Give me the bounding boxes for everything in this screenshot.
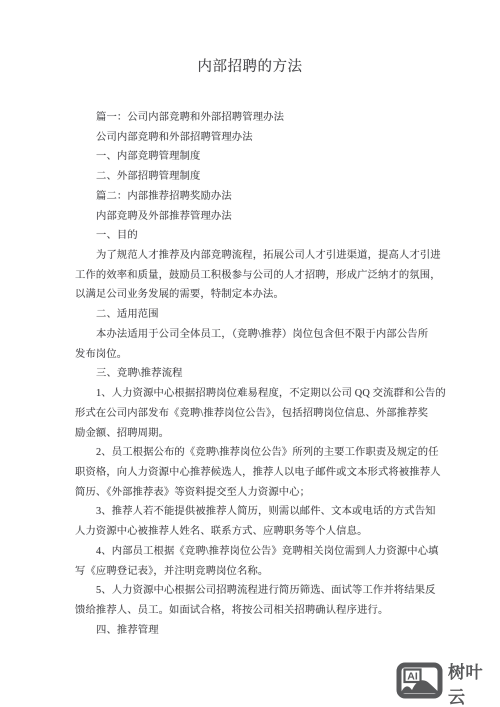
document-line: 励金额、招聘周期。 — [75, 424, 440, 444]
document-line: 以满足公司业务发展的需要，特制定本办法。 — [75, 285, 440, 305]
document-line: 工作的效率和质量，鼓励员工积极参与公司的人才招聘，形成广泛纳才的氛围， — [75, 266, 440, 286]
document-title: 内部招聘的方法 — [0, 55, 500, 76]
document-line: 1、人力资源中心根据招聘岗位难易程度，不定期以公司 QQ 交流群和公告的 — [75, 384, 440, 404]
document-line: 三、竞聘\推荐流程 — [75, 364, 440, 384]
brand-name: 树叶云 — [448, 658, 500, 707]
document-line: 二、适用范围 — [75, 305, 440, 325]
document-line: 4、内部员工根据《竞聘\推荐岗位公告》竞聘相关岗位需到人力资源中心填 — [75, 542, 440, 562]
document-line: 写《应聘登记表》，并注明竞聘岗位名称。 — [75, 562, 440, 582]
document-line: 2、员工根据公布的《竞聘\推荐岗位公告》所列的主要工作职责及规定的任 — [75, 443, 440, 463]
document-line: 一、目的 — [75, 226, 440, 246]
document-page: 内部招聘的方法 篇一：公司内部竞聘和外部招聘管理办法公司内部竞聘和外部招聘管理办… — [0, 0, 500, 707]
document-line: 5、人力资源中心根据公司招聘流程进行简历筛选、面试等工作并将结果反 — [75, 581, 440, 601]
document-line: 四、推荐管理 — [75, 621, 440, 641]
document-line: 内部竞聘及外部推荐管理办法 — [75, 207, 440, 227]
document-line: 公司内部竞聘和外部招聘管理办法 — [75, 128, 440, 148]
document-line: 馈给推荐人、员工。如面试合格，将按公司相关招聘确认程序进行。 — [75, 601, 440, 621]
document-line: 3、推荐人若不能提供被推荐人简历，则需以邮件、文本或电话的方式告知 — [75, 502, 440, 522]
document-body: 篇一：公司内部竞聘和外部招聘管理办法公司内部竞聘和外部招聘管理办法一、内部竞聘管… — [75, 108, 440, 640]
document-line: 本办法适用于公司全体员工，（竞聘\推荐）岗位包含但不限于内部公告所 — [75, 325, 440, 345]
document-line: 篇二：内部推荐招聘奖励办法 — [75, 187, 440, 207]
ai-image-icon: AI — [396, 662, 443, 704]
document-line: 为了规范人才推荐及内部竞聘流程，拓展公司人才引进渠道，提高人才引进 — [75, 246, 440, 266]
document-line: 二、外部招聘管理制度 — [75, 167, 440, 187]
svg-text:AI: AI — [407, 671, 418, 683]
document-line: 职资格，向人力资源中心推荐候选人，推荐人以电子邮件或文本形式将被推荐人 — [75, 463, 440, 483]
document-line: 篇一：公司内部竞聘和外部招聘管理办法 — [75, 108, 440, 128]
document-line: 一、内部竞聘管理制度 — [75, 147, 440, 167]
document-line: 人力资源中心被推荐人姓名、联系方式、应聘职务等个人信息。 — [75, 522, 440, 542]
document-line: 形式在公司内部发布《竞聘\推荐岗位公告》，包括招聘岗位信息、外部推荐奖 — [75, 404, 440, 424]
document-line: 发布岗位。 — [75, 345, 440, 365]
brand-watermark: AI 树叶云 — [396, 658, 500, 707]
document-line: 简历、《外部推荐表》等资料提交至人力资源中心； — [75, 483, 440, 503]
